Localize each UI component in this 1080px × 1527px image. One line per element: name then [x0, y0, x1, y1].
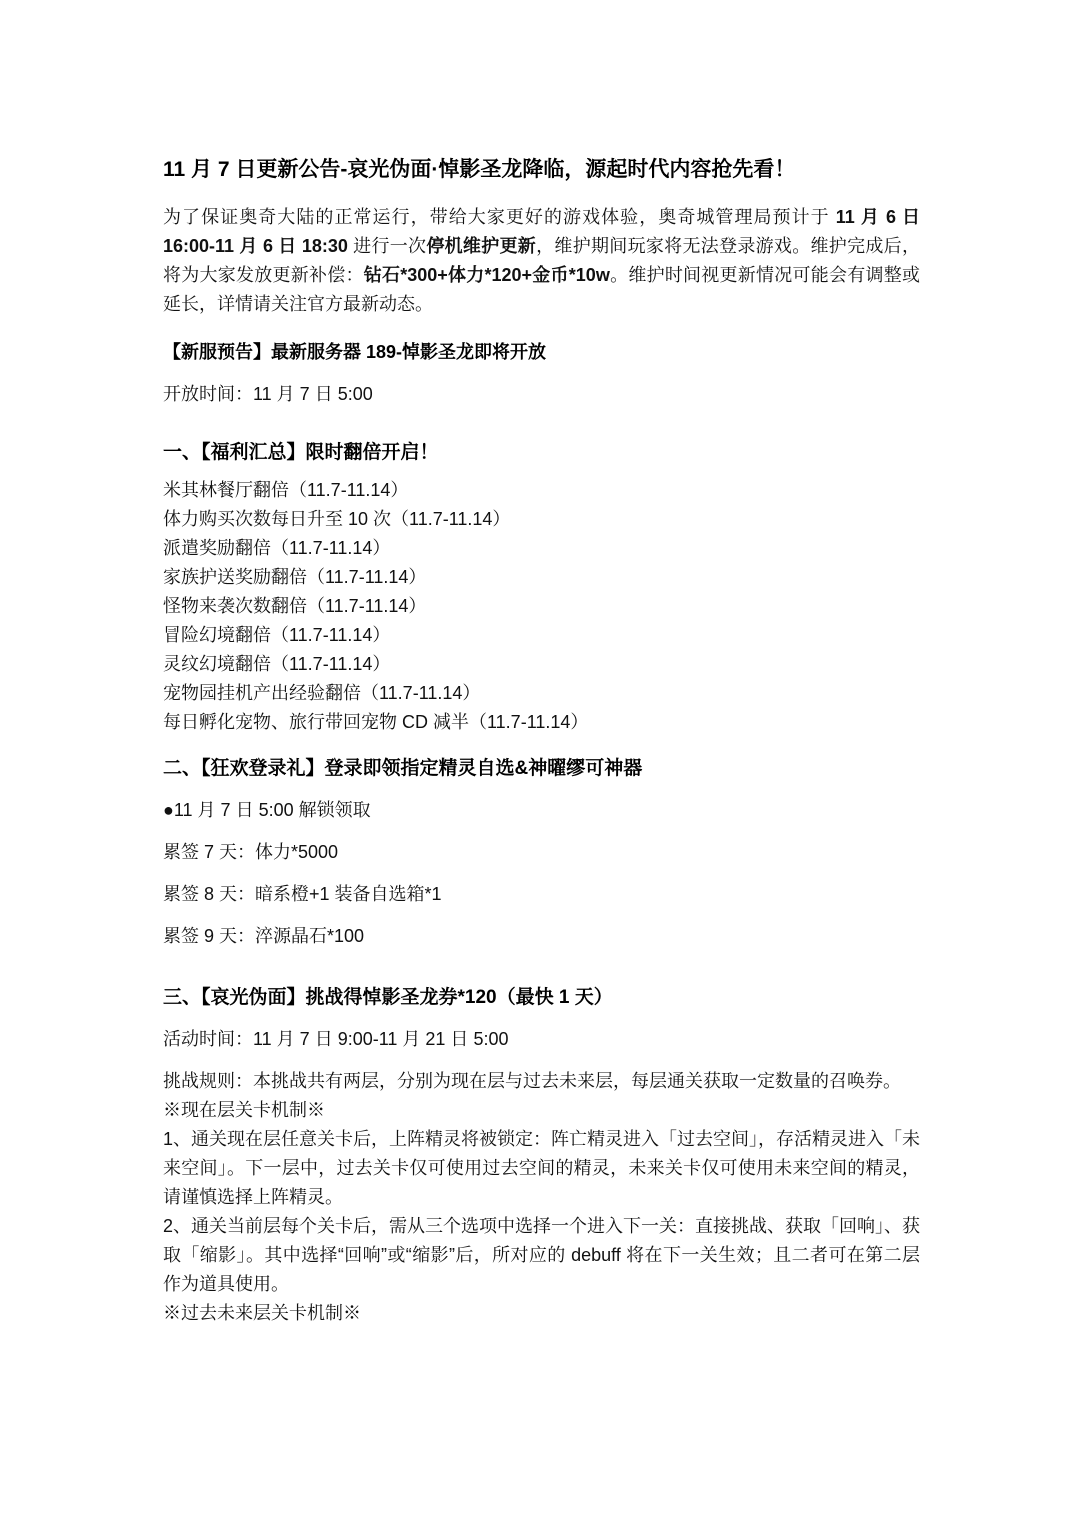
- server-preview-heading: 【新服预告】最新服务器 189-悼影圣龙即将开放: [163, 338, 920, 367]
- welfare-item: 家族护送奖励翻倍（11.7-11.14）: [163, 563, 920, 592]
- section-welfare-heading: 一、【福利汇总】限时翻倍开启！: [163, 438, 920, 467]
- section-challenge-heading: 三、【哀光伪面】挑战得悼影圣龙券*120（最快 1 天）: [163, 983, 920, 1012]
- reward-day7: 累签 7 天：体力*5000: [163, 838, 920, 867]
- rule-item-2: 2、通关当前层每个关卡后，需从三个选项中选择一个进入下一关：直接挑战、获取「回响…: [163, 1212, 920, 1299]
- welfare-list: 米其林餐厅翻倍（11.7-11.14） 体力购买次数每日升至 10 次（11.7…: [163, 476, 920, 737]
- server-open-time: 开放时间：11 月 7 日 5:00: [163, 380, 920, 409]
- welfare-item: 米其林餐厅翻倍（11.7-11.14）: [163, 476, 920, 505]
- announcement-page: 11 月 7 日更新公告-哀光伪面·悼影圣龙降临，源起时代内容抢先看！ 为了保证…: [0, 0, 1080, 1527]
- welfare-item: 灵纹幻境翻倍（11.7-11.14）: [163, 650, 920, 679]
- welfare-item: 体力购买次数每日升至 10 次（11.7-11.14）: [163, 505, 920, 534]
- welfare-item: 每日孵化宠物、旅行带回宠物 CD 减半（11.7-11.14）: [163, 708, 920, 737]
- unlock-note: ●11 月 7 日 5:00 解锁领取: [163, 796, 920, 825]
- event-time: 活动时间：11 月 7 日 9:00-11 月 21 日 5:00: [163, 1025, 920, 1054]
- welfare-item: 派遣奖励翻倍（11.7-11.14）: [163, 534, 920, 563]
- mechanism-now-title: ※现在层关卡机制※: [163, 1096, 920, 1125]
- page-title: 11 月 7 日更新公告-哀光伪面·悼影圣龙降临，源起时代内容抢先看！: [163, 155, 920, 185]
- section-login-heading: 二、【狂欢登录礼】登录即领指定精灵自选&神曜缪可神器: [163, 754, 920, 783]
- welfare-item: 怪物来袭次数翻倍（11.7-11.14）: [163, 592, 920, 621]
- welfare-item: 宠物园挂机产出经验翻倍（11.7-11.14）: [163, 679, 920, 708]
- intro-paragraph: 为了保证奥奇大陆的正常运行，带给大家更好的游戏体验，奥奇城管理局预计于 11 月…: [163, 203, 920, 319]
- challenge-rules: 挑战规则：本挑战共有两层，分别为现在层与过去未来层，每层通关获取一定数量的召唤券…: [163, 1067, 920, 1328]
- reward-day9: 累签 9 天：淬源晶石*100: [163, 922, 920, 951]
- mechanism-future-title: ※过去未来层关卡机制※: [163, 1299, 920, 1328]
- rule-item-1: 1、通关现在层任意关卡后，上阵精灵将被锁定：阵亡精灵进入「过去空间」，存活精灵进…: [163, 1125, 920, 1212]
- reward-day8: 累签 8 天：暗系橙+1 装备自选箱*1: [163, 880, 920, 909]
- welfare-item: 冒险幻境翻倍（11.7-11.14）: [163, 621, 920, 650]
- rules-intro: 挑战规则：本挑战共有两层，分别为现在层与过去未来层，每层通关获取一定数量的召唤券…: [163, 1067, 920, 1096]
